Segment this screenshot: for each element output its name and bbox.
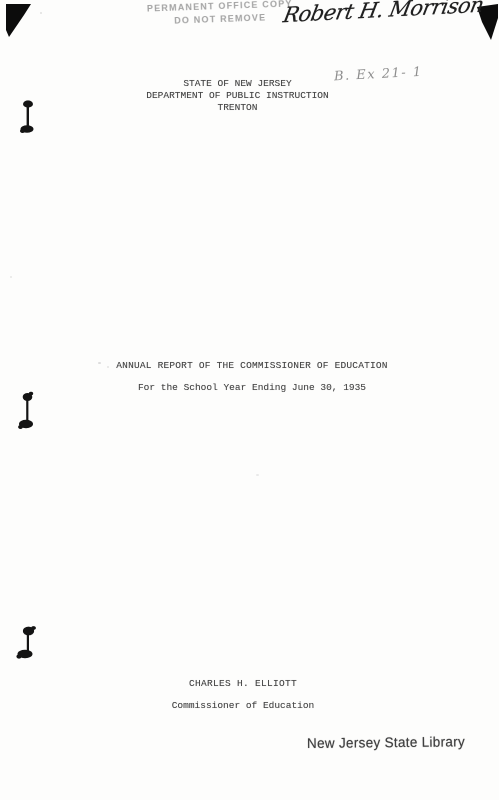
letterhead-city-line: TRENTON <box>110 102 365 114</box>
letterhead: STATE OF NEW JERSEY DEPARTMENT OF PUBLIC… <box>110 78 365 114</box>
letterhead-state-line: STATE OF NEW JERSEY <box>110 78 365 90</box>
permanent-copy-stamp: PERMANENT OFFICE COPY DO NOT REMOVE <box>146 0 295 28</box>
report-subtitle: For the School Year Ending June 30, 1935 <box>102 382 402 393</box>
library-stamp: New Jersey State Library <box>307 734 465 751</box>
scan-speck <box>256 474 259 476</box>
staple-mark-bottom <box>16 626 36 659</box>
staple-mark-middle <box>18 392 33 429</box>
author-role: Commissioner of Education <box>93 700 393 711</box>
corner-shadow-top-left <box>6 4 31 37</box>
scanned-document-page: PERMANENT OFFICE COPY DO NOT REMOVE Robe… <box>0 0 499 800</box>
staple-mark-top <box>20 100 34 133</box>
letterhead-department-line: DEPARTMENT OF PUBLIC INSTRUCTION <box>110 90 365 102</box>
scan-speck <box>107 366 109 368</box>
scan-speck <box>10 276 12 278</box>
handwritten-signature: Robert H. Morrison <box>281 0 485 27</box>
scan-speck <box>98 362 101 364</box>
scan-speck <box>40 12 42 14</box>
author-name: CHARLES H. ELLIOTT <box>93 678 393 689</box>
report-title: ANNUAL REPORT OF THE COMMISSIONER OF EDU… <box>102 360 402 371</box>
